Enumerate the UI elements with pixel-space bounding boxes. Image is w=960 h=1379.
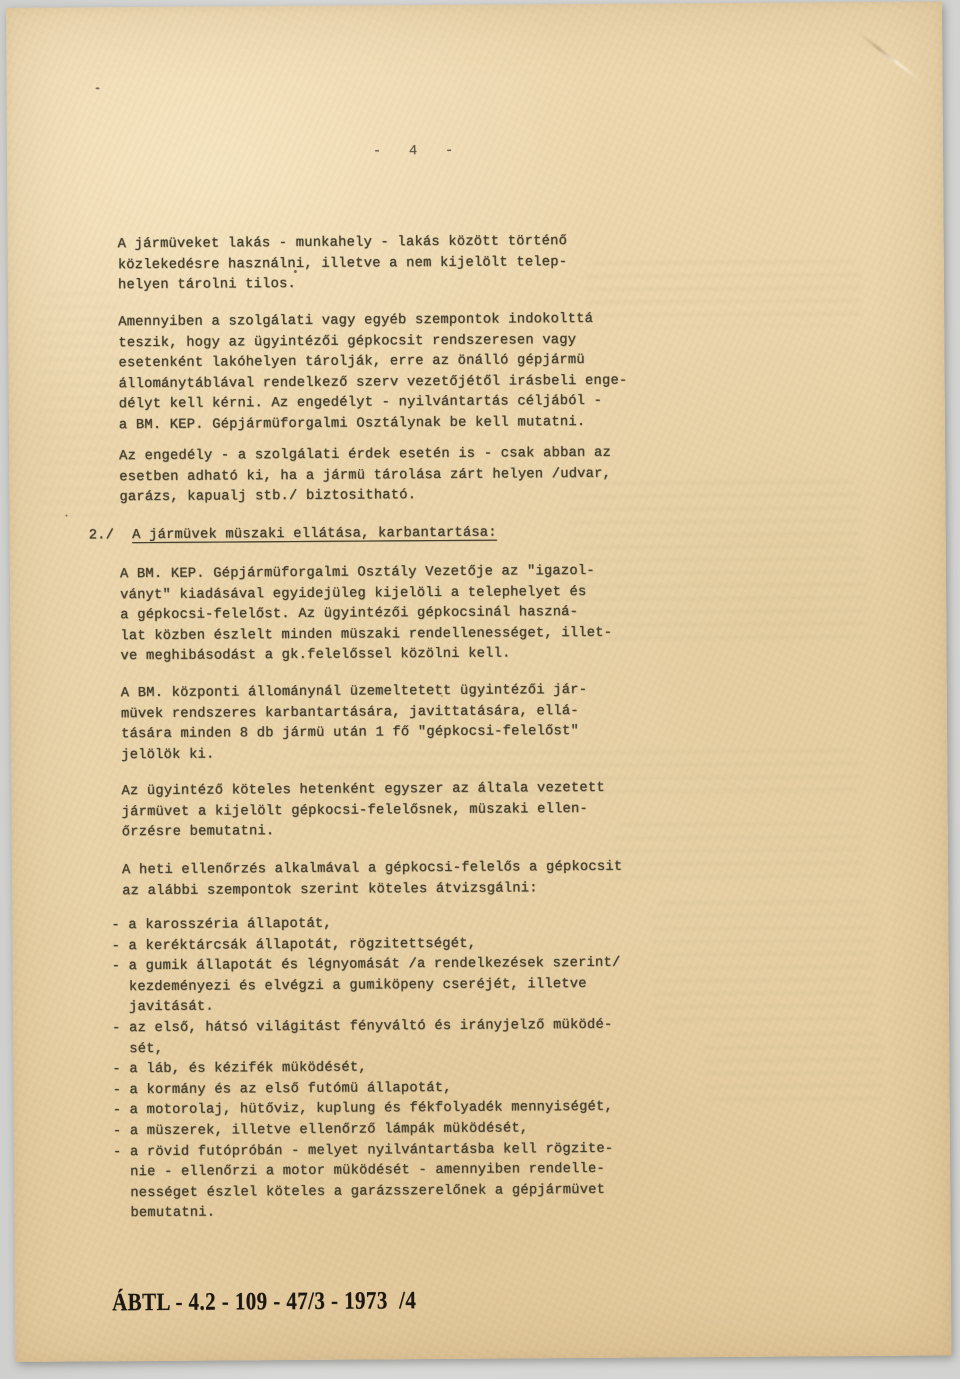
paper-speck: [96, 87, 100, 89]
scanned-document-page: - 4 - A jármüveket lakás - munkahely - l…: [6, 1, 951, 1362]
archive-reference-stamp: ÁBTL - 4.2 - 109 - 47/3 - 1973 /4: [112, 1287, 416, 1317]
paragraph-inspection-intro: A heti ellenőrzés alkalmával a gépkocsi-…: [122, 856, 862, 902]
paper-speck: [66, 515, 68, 517]
paragraph-permission-conditions: Az engedély - a szolgálati érdek esetén …: [119, 442, 859, 509]
paragraph-storage-prohibition: A jármüveket lakás - munkahely - lakás k…: [118, 230, 858, 297]
paragraph-maintenance-staffing: A BM. központi állománynál üzemeltetett …: [121, 679, 862, 767]
inspection-checklist: - a karosszéria állapotát, - a keréktárc…: [111, 911, 873, 1225]
checklist-item: - a gumik állapotát és légnyomását /a re…: [112, 952, 872, 1019]
paper-crease: [859, 33, 924, 84]
paragraph-weekly-presentation: Az ügyintéző köteles hetenként egyszer a…: [121, 777, 861, 844]
checklist-item: - a rövid futópróbán - melyet nyilvántar…: [113, 1138, 874, 1226]
checklist-item: - az első, hátsó világitást fényváltó és…: [112, 1014, 872, 1060]
section-number: 2./: [89, 528, 115, 543]
paragraph-permission-rules: Amennyiben a szolgálati vagy egyéb szemp…: [118, 308, 859, 437]
paragraph-responsible-designation: A BM. KEP. Gépjármüforgalmi Osztály Veze…: [120, 560, 861, 668]
section-title: A jármüvek müszaki ellátása, karbantartá…: [132, 526, 497, 544]
page-number: - 4 -: [373, 144, 454, 160]
ink-bleedthrough: [38, 292, 120, 523]
section-heading: 2./A jármüvek müszaki ellátása, karbanta…: [89, 521, 849, 547]
